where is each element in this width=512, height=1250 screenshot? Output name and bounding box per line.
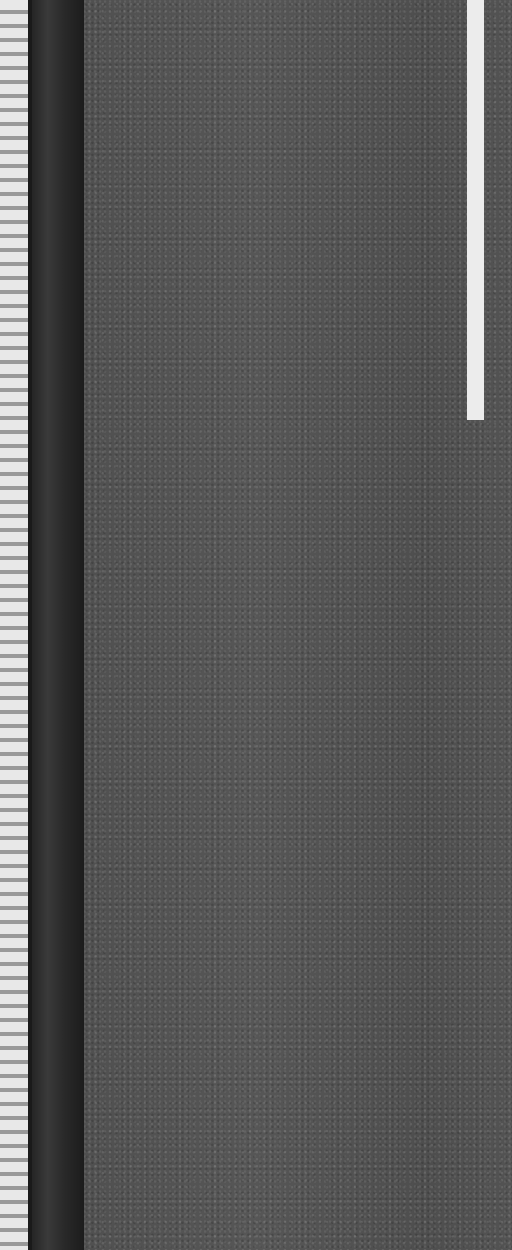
gutter xyxy=(32,0,84,1250)
asphalt xyxy=(84,0,512,1250)
road-scene: Aerial top-down grayscale view of a road… xyxy=(0,0,512,1250)
lane-line xyxy=(467,0,484,420)
sidewalk-curb xyxy=(0,0,30,1250)
